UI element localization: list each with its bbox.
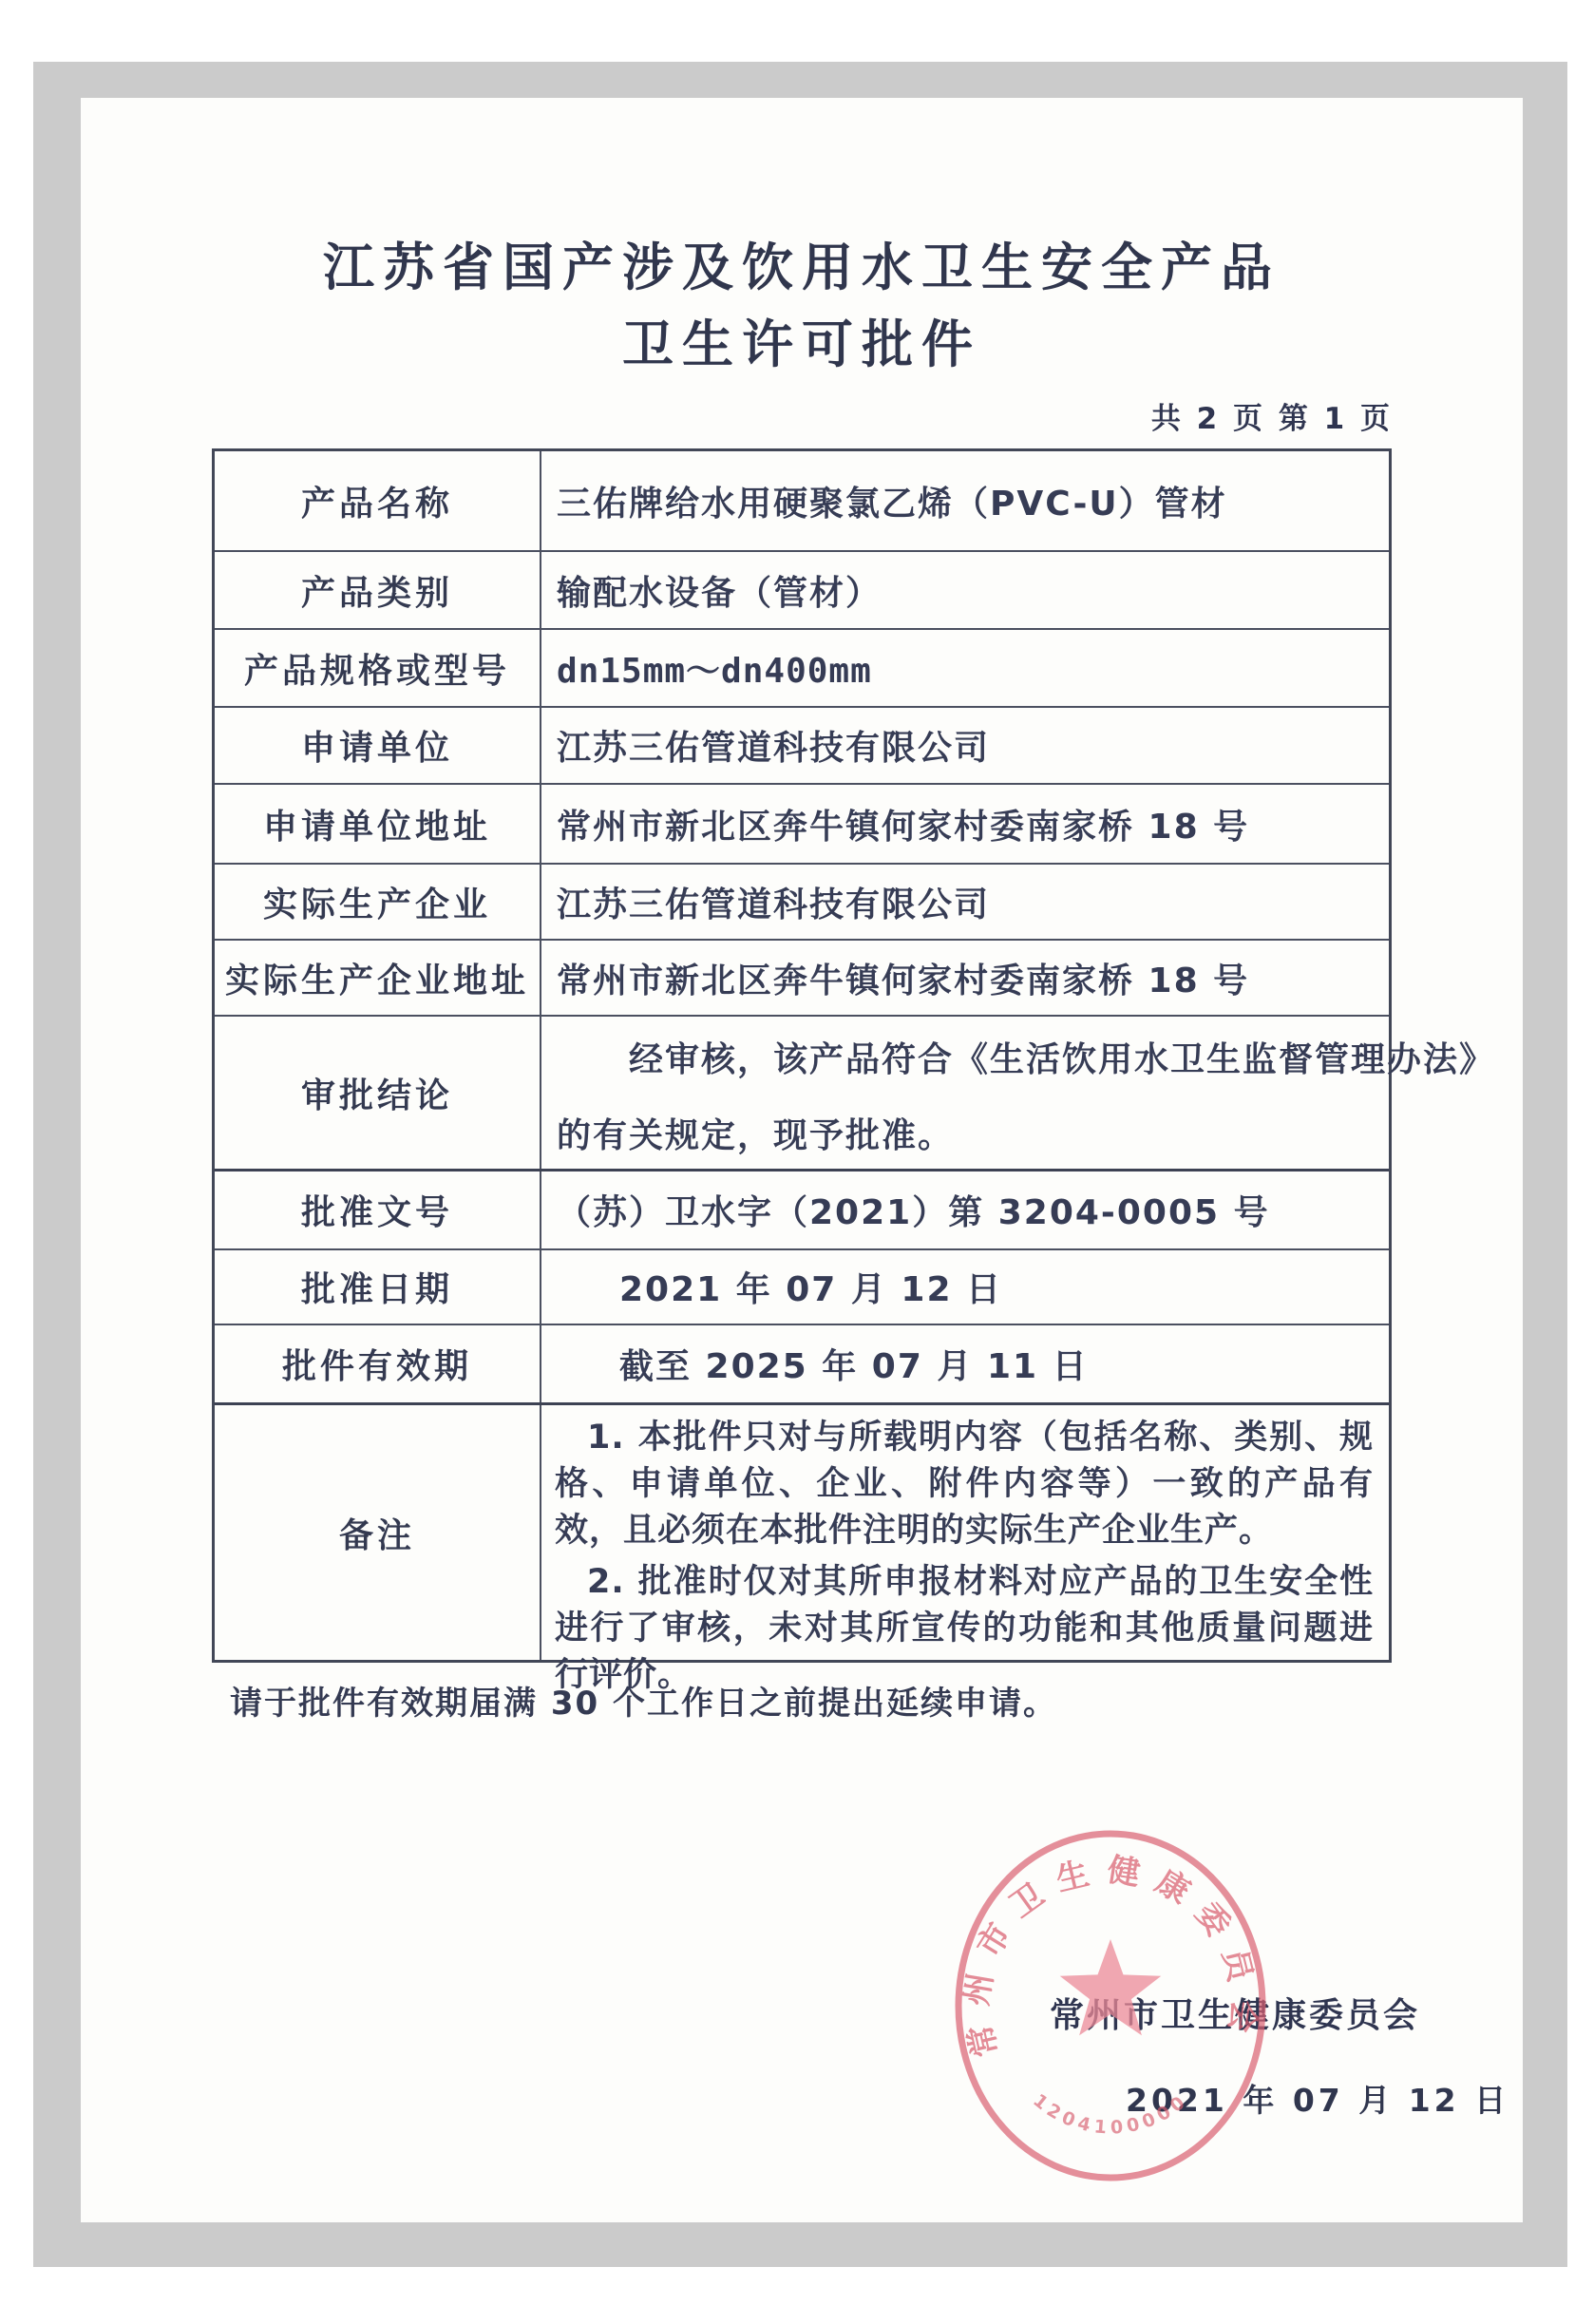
table-row: 审批结论 经审核，该产品符合《生活饮用水卫生监督管理办法》 的有关规定，现予批准…	[215, 1015, 1389, 1169]
renewal-notice: 请于批件有效期届满 30 个工作日之前提出延续申请。	[230, 1677, 1057, 1724]
row-value: 江苏三佑管道科技有限公司	[541, 865, 1389, 939]
document-title-line1: 江苏省国产涉及饮用水卫生安全产品	[81, 240, 1523, 295]
approval-table: 产品名称 三佑牌给水用硬聚氯乙烯（PVC-U）管材 产品类别 输配水设备（管材）…	[212, 448, 1392, 1663]
official-seal: 常州市卫生健康委员会 12041000000	[920, 1816, 1300, 2196]
table-row: 产品类别 输配水设备（管材）	[215, 550, 1389, 628]
table-row: 实际生产企业地址 常州市新北区奔牛镇何家村委南家桥 18 号	[215, 939, 1389, 1015]
row-value: 江苏三佑管道科技有限公司	[541, 708, 1389, 783]
table-row: 批件有效期 截至 2025 年 07 月 11 日	[215, 1324, 1389, 1402]
row-value: 截至 2025 年 07 月 11 日	[541, 1325, 1389, 1402]
row-label: 产品名称	[215, 451, 541, 550]
row-label: 批件有效期	[215, 1325, 541, 1402]
row-label: 申请单位	[215, 708, 541, 783]
table-row: 批准日期 2021 年 07 月 12 日	[215, 1248, 1389, 1324]
row-label: 产品规格或型号	[215, 630, 541, 706]
approval-conclusion-cell: 经审核，该产品符合《生活饮用水卫生监督管理办法》 的有关规定，现予批准。	[541, 1017, 1509, 1169]
row-label: 实际生产企业地址	[215, 941, 541, 1015]
table-row: 产品规格或型号 dn15mm～dn400mm	[215, 628, 1389, 706]
row-label: 实际生产企业	[215, 865, 541, 939]
table-row: 产品名称 三佑牌给水用硬聚氯乙烯（PVC-U）管材	[215, 451, 1389, 550]
remarks-cell: 1. 本批件只对与所载明内容（包括名称、类别、规格、申请单位、企业、附件内容等）…	[541, 1405, 1389, 1660]
row-label: 审批结论	[215, 1017, 541, 1169]
row-label: 批准日期	[215, 1250, 541, 1324]
row-value: 输配水设备（管材）	[541, 552, 1389, 628]
certificate-page: 江苏省国产涉及饮用水卫生安全产品 卫生许可批件 共 2 页 第 1 页 产品名称…	[81, 98, 1523, 2222]
table-row: 申请单位 江苏三佑管道科技有限公司	[215, 706, 1389, 783]
document-title-line2: 卫生许可批件	[81, 317, 1523, 372]
scanned-document: 江苏省国产涉及饮用水卫生安全产品 卫生许可批件 共 2 页 第 1 页 产品名称…	[0, 0, 1594, 2324]
row-label: 申请单位地址	[215, 785, 541, 863]
conclusion-line1: 经审核，该产品符合《生活饮用水卫生监督管理办法》	[557, 1022, 1495, 1098]
row-label: 批准文号	[215, 1172, 541, 1248]
table-row: 实际生产企业 江苏三佑管道科技有限公司	[215, 863, 1389, 939]
table-row: 批准文号 （苏）卫水字（2021）第 3204-0005 号	[215, 1169, 1389, 1248]
row-value: （苏）卫水字（2021）第 3204-0005 号	[541, 1172, 1389, 1248]
row-label: 备注	[215, 1405, 541, 1660]
row-value: 三佑牌给水用硬聚氯乙烯（PVC-U）管材	[541, 451, 1389, 550]
page-indicator: 共 2 页 第 1 页	[1151, 394, 1393, 437]
row-value: 常州市新北区奔牛镇何家村委南家桥 18 号	[541, 785, 1389, 863]
remark-note-1: 1. 本批件只对与所载明内容（包括名称、类别、规格、申请单位、企业、附件内容等）…	[555, 1415, 1374, 1554]
row-value: 2021 年 07 月 12 日	[541, 1250, 1389, 1324]
star-icon	[1060, 1939, 1162, 2035]
row-value: 常州市新北区奔牛镇何家村委南家桥 18 号	[541, 941, 1389, 1015]
conclusion-line2: 的有关规定，现予批准。	[557, 1098, 1495, 1174]
row-label: 产品类别	[215, 552, 541, 628]
table-row: 申请单位地址 常州市新北区奔牛镇何家村委南家桥 18 号	[215, 783, 1389, 863]
table-row: 备注 1. 本批件只对与所载明内容（包括名称、类别、规格、申请单位、企业、附件内…	[215, 1402, 1389, 1660]
row-value: dn15mm～dn400mm	[541, 630, 1389, 706]
